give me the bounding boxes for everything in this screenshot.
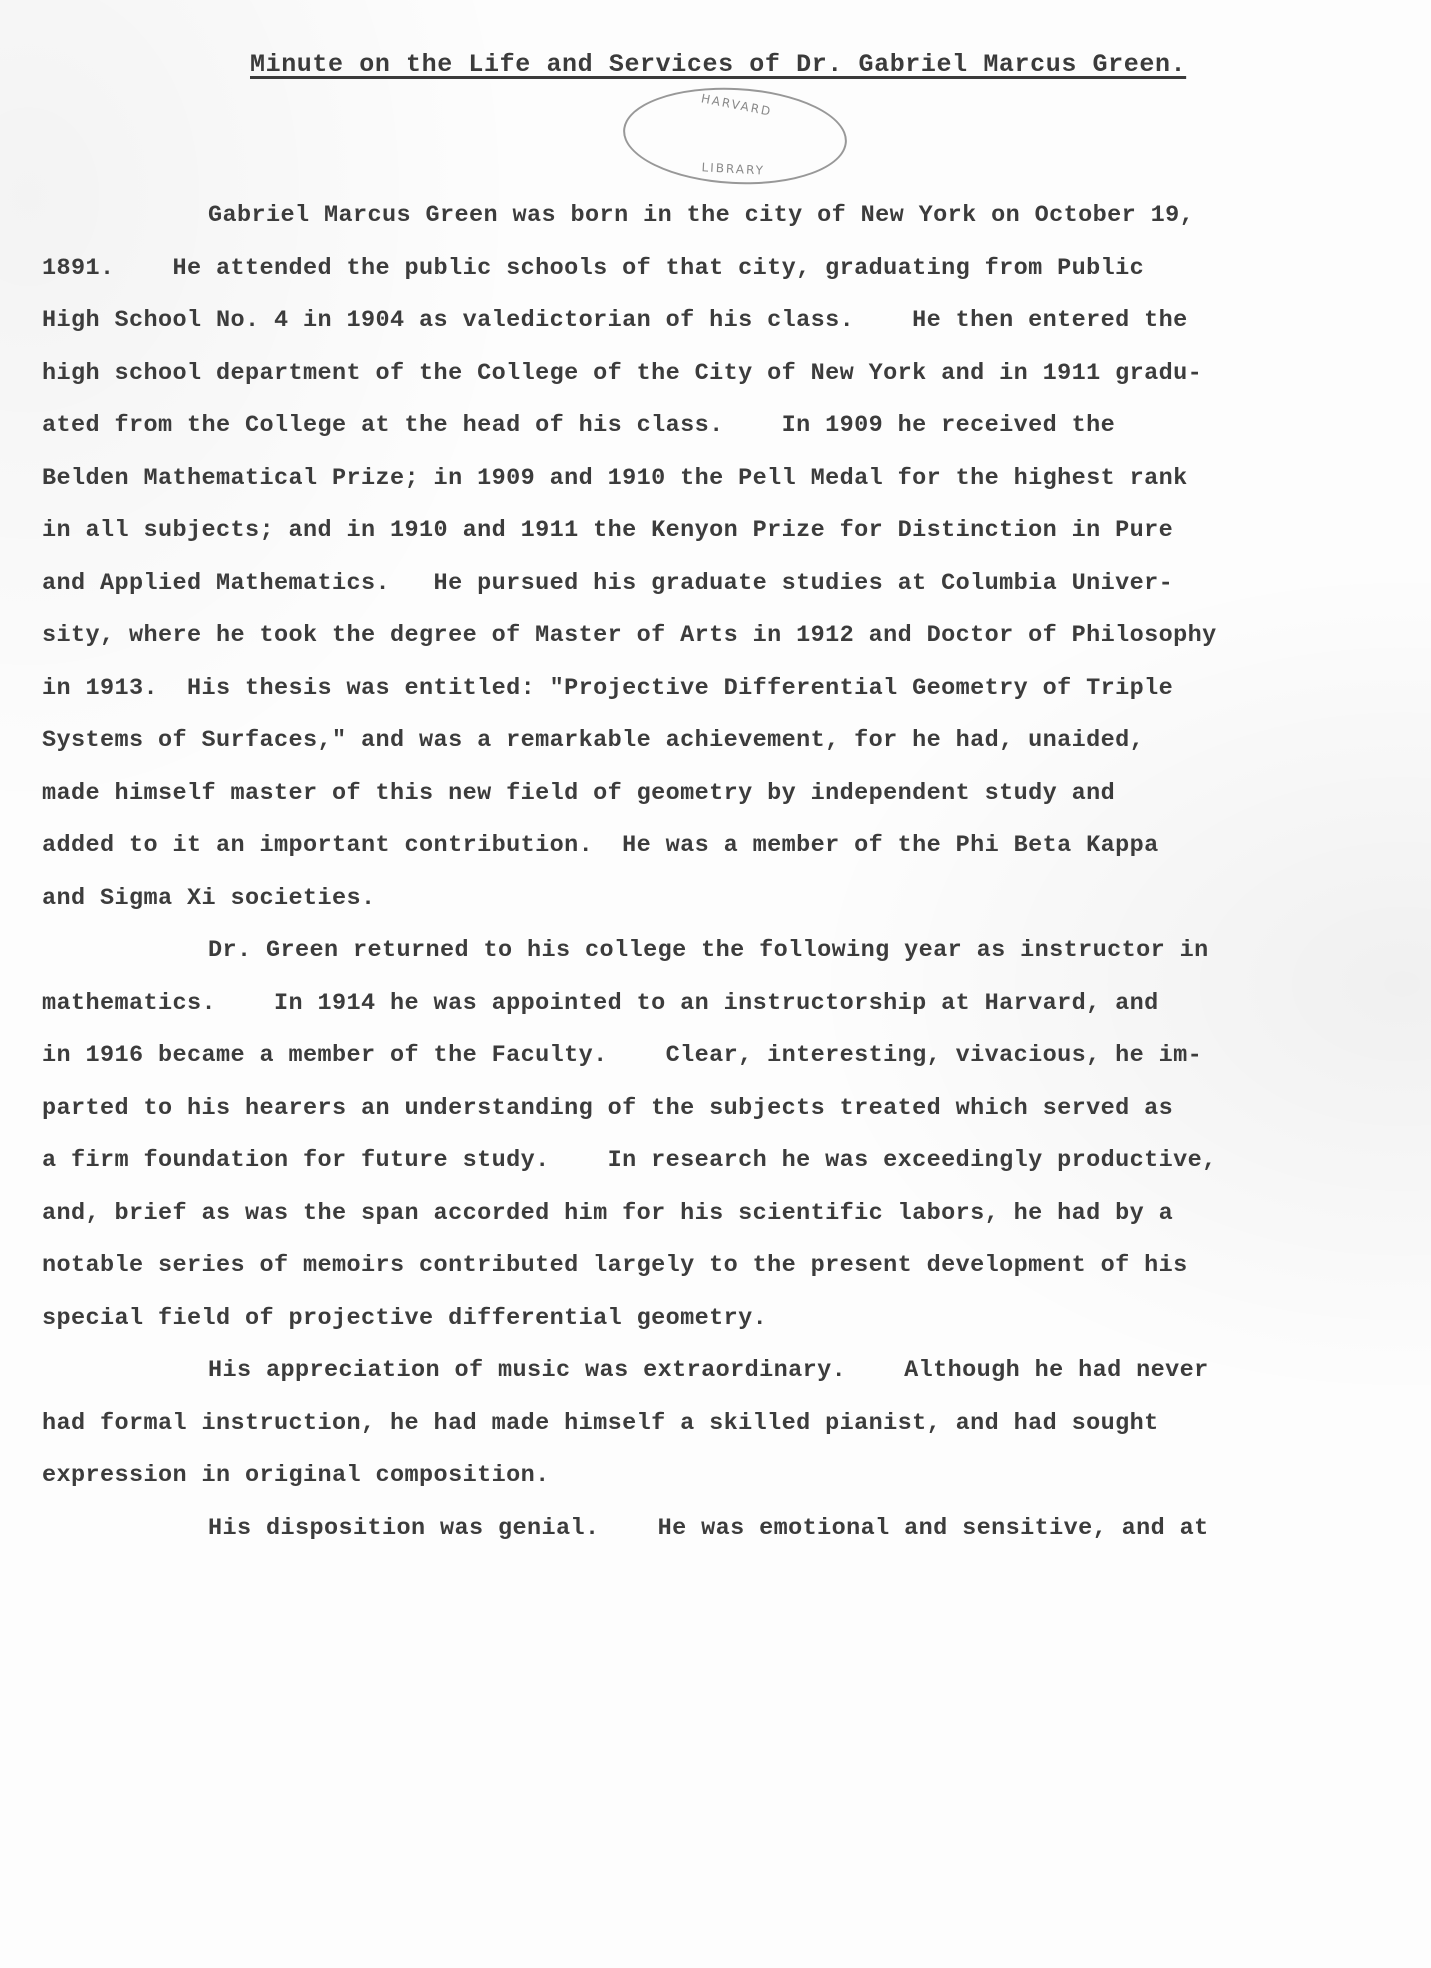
text-line: Belden Mathematical Prize; in 1909 and 1… — [42, 453, 1412, 506]
text-line: added to it an important contribution. H… — [42, 820, 1412, 873]
text-line: in all subjects; and in 1910 and 1911 th… — [42, 505, 1412, 558]
document-body: Gabriel Marcus Green was born in the cit… — [42, 190, 1412, 1555]
text-line: in 1913. His thesis was entitled: "Proje… — [42, 663, 1412, 716]
text-line: and, brief as was the span accorded him … — [42, 1188, 1412, 1241]
text-line: special field of projective differential… — [42, 1293, 1412, 1346]
text-line: and Sigma Xi societies. — [42, 873, 1412, 926]
text-line: Systems of Surfaces," and was a remarkab… — [42, 715, 1412, 768]
document-title: Minute on the Life and Services of Dr. G… — [250, 50, 1186, 79]
text-line: notable series of memoirs contributed la… — [42, 1240, 1412, 1293]
text-line: a firm foundation for future study. In r… — [42, 1135, 1412, 1188]
text-line: 1891. He attended the public schools of … — [42, 243, 1412, 296]
text-line: ated from the College at the head of his… — [42, 400, 1412, 453]
text-line: and Applied Mathematics. He pursued his … — [42, 558, 1412, 611]
document-page: Minute on the Life and Services of Dr. G… — [0, 0, 1431, 1968]
text-line: High School No. 4 in 1904 as valedictori… — [42, 295, 1412, 348]
stamp-top-text: HARVARD — [627, 77, 846, 133]
text-line: Dr. Green returned to his college the fo… — [42, 925, 1412, 978]
text-line: expression in original composition. — [42, 1450, 1412, 1503]
text-line: His appreciation of music was extraordin… — [42, 1345, 1412, 1398]
text-line: His disposition was genial. He was emoti… — [42, 1503, 1412, 1556]
library-stamp-icon: HARVARD LIBRARY — [621, 82, 850, 190]
text-line: high school department of the College of… — [42, 348, 1412, 401]
text-line: in 1916 became a member of the Faculty. … — [42, 1030, 1412, 1083]
text-line: sity, where he took the degree of Master… — [42, 610, 1412, 663]
text-line: had formal instruction, he had made hims… — [42, 1398, 1412, 1451]
text-line: parted to his hearers an understanding o… — [42, 1083, 1412, 1136]
stamp-bottom-text: LIBRARY — [623, 156, 843, 181]
text-line: Gabriel Marcus Green was born in the cit… — [42, 190, 1412, 243]
text-line: mathematics. In 1914 he was appointed to… — [42, 978, 1412, 1031]
text-line: made himself master of this new field of… — [42, 768, 1412, 821]
